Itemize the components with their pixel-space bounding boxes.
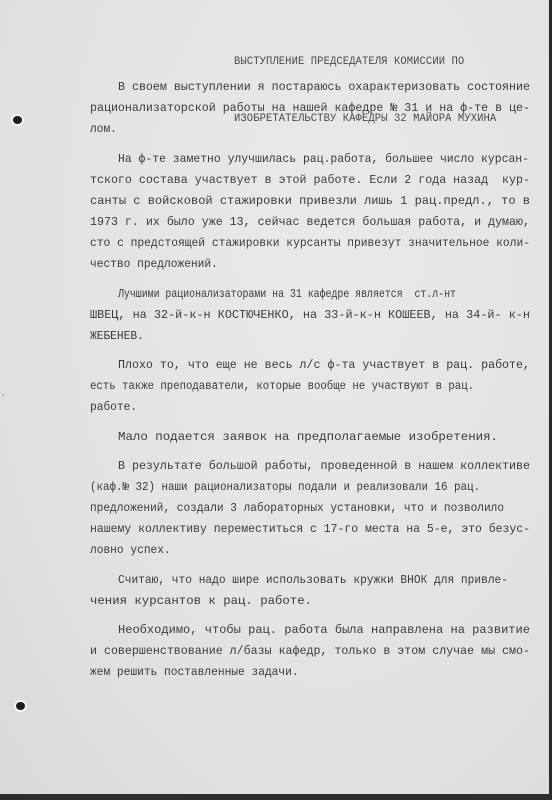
text-line: чения курсантов к рац. работе. <box>90 594 312 608</box>
scan-edge-bottom <box>0 794 552 800</box>
text-line: Необходимо, чтобы рац. работа была напра… <box>118 623 530 637</box>
punch-hole <box>13 116 22 124</box>
text-line: Плохо то, что еще не весь л/с ф-та участ… <box>118 358 530 372</box>
paper-speck <box>2 394 4 396</box>
text-line: ловно успех. <box>90 543 171 557</box>
text-line: есть также преподаватели, которые вообще… <box>90 379 474 393</box>
text-line: и совершенствование л/базы кафедр, тольк… <box>90 644 530 658</box>
heading-line: ВЫСТУПЛЕНИЕ ПРЕДСЕДАТЕЛЯ КОМИССИИ ПО <box>234 53 496 72</box>
text-line: работе. <box>90 400 137 414</box>
text-line: жем решить поставленные задачи. <box>90 665 299 679</box>
text-line: Считаю, что надо шире использовать кружк… <box>118 573 508 587</box>
text-line: 1973 г. их было уже 13, сейчас ведется б… <box>90 215 530 229</box>
text-line: предложений, создали 3 лабораторных уста… <box>90 501 504 515</box>
text-line: В результате большой работы, проведенной… <box>118 459 530 473</box>
typewritten-page: ВЫСТУПЛЕНИЕ ПРЕДСЕДАТЕЛЯ КОМИССИИ ПО ИЗО… <box>0 0 551 794</box>
text-line: ЖЕБЕНЕВ. <box>90 329 144 343</box>
text-line: ШВЕЦ, на 32-й-к-н КОСТЮЧЕНКО, на 33-й-к-… <box>90 308 530 322</box>
text-line: В своем выступлении я постараюсь охаракт… <box>118 80 530 94</box>
text-line: нашему коллективу переместиться с 17-го … <box>90 522 530 536</box>
text-line: сто с предстоящей стажировки курсанты пр… <box>90 236 530 250</box>
text-line: На ф-те заметно улучшилась рац.работа, б… <box>118 152 529 166</box>
text-line: чество предложений. <box>90 257 218 271</box>
text-line: Лучшими рационализаторами на 31 кафедре … <box>118 287 456 301</box>
text-line: рационализаторской работы на нашей кафед… <box>90 101 530 115</box>
punch-hole <box>16 702 25 710</box>
text-line: (каф.№ 32) наши рационализаторы подали и… <box>90 480 480 494</box>
text-line: Мало подается заявок на предполагаемые и… <box>118 430 498 444</box>
text-line: санты с войсковой стажировки привезли ли… <box>90 194 530 208</box>
text-line: тского состава участвует в этой работе. … <box>90 173 530 187</box>
text-line: лом. <box>90 122 117 136</box>
